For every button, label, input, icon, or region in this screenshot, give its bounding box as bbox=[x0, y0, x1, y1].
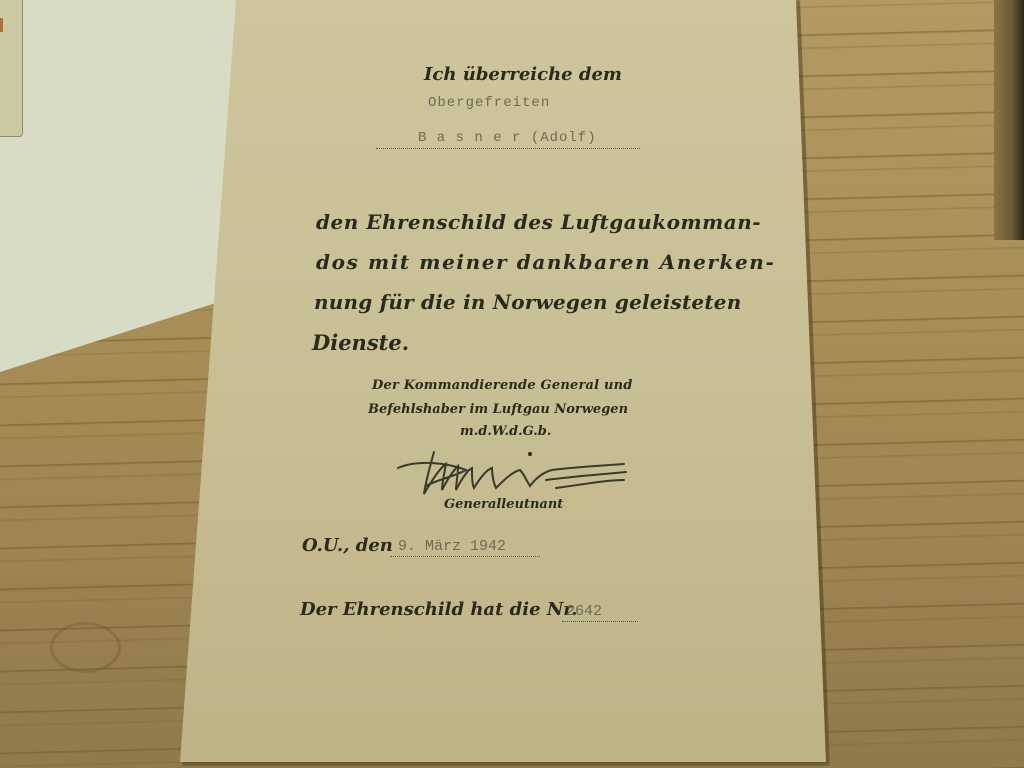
signer-rank: Generalleutnant bbox=[444, 497, 563, 512]
body-line-4: Dienste. bbox=[312, 330, 409, 355]
table-edge bbox=[994, 0, 1024, 240]
date-typed: 9. März 1942 bbox=[398, 538, 506, 555]
certificate-heading: Ich überreiche dem bbox=[424, 64, 622, 85]
body-line-3: nung für die in Norwegen geleisteten bbox=[314, 290, 741, 314]
recipient-name-typed: B a s n e r (Adolf) bbox=[418, 130, 597, 146]
signature bbox=[396, 450, 628, 498]
water-stain bbox=[50, 622, 121, 673]
body-line-2: dos mit meiner dankbaren Anerken- bbox=[316, 250, 775, 274]
issuer-line-3: m.d.W.d.G.b. bbox=[460, 424, 551, 439]
number-line bbox=[562, 621, 638, 622]
number-typed: 2642 bbox=[566, 603, 602, 620]
body-line-1: den Ehrenschild des Luftgaukomman- bbox=[316, 210, 761, 234]
issuer-line-1: Der Kommandierende General und bbox=[372, 378, 633, 393]
recipient-name-line bbox=[376, 148, 640, 149]
place-date-label: O.U., den bbox=[302, 535, 393, 556]
number-label: Der Ehrenschild hat die Nr. bbox=[300, 599, 577, 620]
rank-typed: Obergefreiten bbox=[428, 95, 550, 111]
small-card bbox=[0, 0, 23, 137]
date-line bbox=[390, 556, 540, 557]
card-stamp-mark bbox=[0, 18, 3, 32]
issuer-line-2: Befehlshaber im Luftgau Norwegen bbox=[368, 402, 628, 417]
